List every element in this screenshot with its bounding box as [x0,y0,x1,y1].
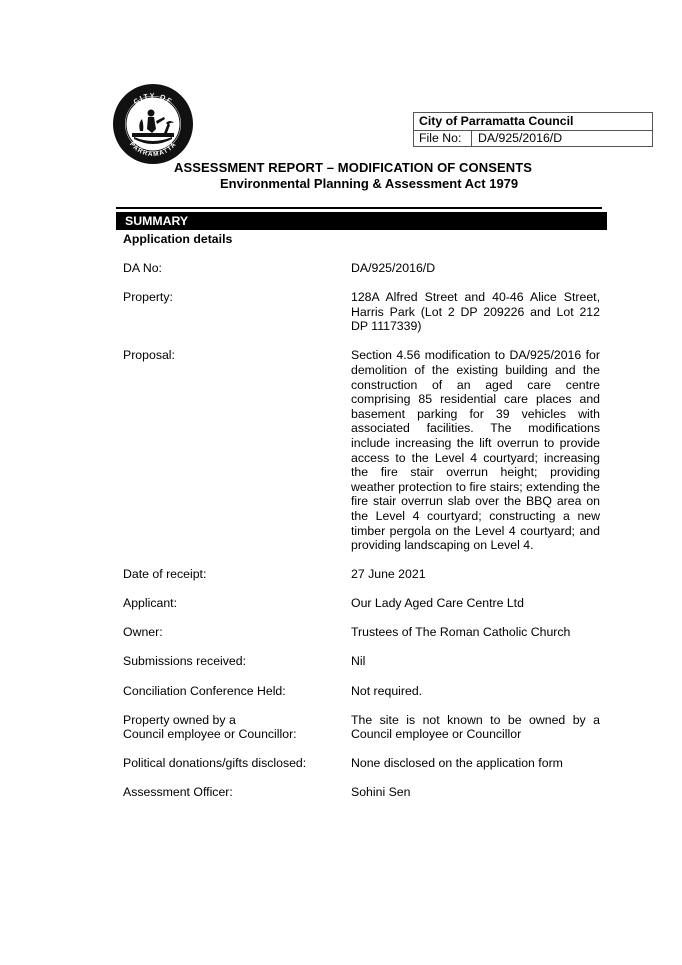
detail-value: Sohini Sen [351,785,600,800]
detail-row-political-donations: Political donations/gifts disclosed: Non… [123,756,600,771]
detail-label: Assessment Officer: [123,785,351,800]
summary-heading-bar: SUMMARY [116,212,607,230]
detail-row-council-owned: Property owned by a Council employee or … [123,713,600,742]
detail-label: Date of receipt: [123,567,351,582]
application-details-table: DA No: DA/925/2016/D Property: 128A Alfr… [123,261,600,815]
detail-row-da-no: DA No: DA/925/2016/D [123,261,600,276]
detail-row-owner: Owner: Trustees of The Roman Catholic Ch… [123,625,600,640]
council-name: City of Parramatta Council [414,113,652,131]
detail-value: 128A Alfred Street and 40-46 Alice Stree… [351,290,600,334]
detail-label: DA No: [123,261,351,276]
detail-label: Applicant: [123,596,351,611]
detail-label: Submissions received: [123,654,351,669]
file-number-value: DA/925/2016/D [472,131,562,146]
detail-value: Nil [351,654,600,669]
detail-value: Section 4.56 modification to DA/925/2016… [351,348,600,552]
detail-label: Proposal: [123,348,351,552]
header-divider [116,207,602,209]
city-of-parramatta-seal-icon: CITY OF PARRAMATTA [112,83,194,165]
detail-value: The site is not known to be owned by a C… [351,713,600,742]
file-number-label: File No: [414,131,472,146]
detail-label: Property owned by a Council employee or … [123,713,351,742]
detail-value: None disclosed on the application form [351,756,600,771]
detail-value: 27 June 2021 [351,567,600,582]
detail-label: Political donations/gifts disclosed: [123,756,351,771]
detail-label: Conciliation Conference Held: [123,684,351,699]
report-subtitle: Environmental Planning & Assessment Act … [220,176,518,191]
detail-row-property: Property: 128A Alfred Street and 40-46 A… [123,290,600,334]
detail-value: Not required. [351,684,600,699]
application-details-heading: Application details [123,232,232,246]
detail-row-assessment-officer: Assessment Officer: Sohini Sen [123,785,600,800]
detail-row-conciliation: Conciliation Conference Held: Not requir… [123,684,600,699]
detail-value: Trustees of The Roman Catholic Church [351,625,600,640]
report-title: ASSESSMENT REPORT – MODIFICATION OF CONS… [174,160,532,175]
detail-value: DA/925/2016/D [351,261,600,276]
detail-label: Property: [123,290,351,334]
detail-row-proposal: Proposal: Section 4.56 modification to D… [123,348,600,552]
detail-label: Owner: [123,625,351,640]
council-logo: CITY OF PARRAMATTA [112,83,194,165]
file-number-box: City of Parramatta Council File No: DA/9… [413,112,653,147]
detail-row-date-of-receipt: Date of receipt: 27 June 2021 [123,567,600,582]
detail-row-applicant: Applicant: Our Lady Aged Care Centre Ltd [123,596,600,611]
detail-value: Our Lady Aged Care Centre Ltd [351,596,600,611]
detail-row-submissions: Submissions received: Nil [123,654,600,669]
